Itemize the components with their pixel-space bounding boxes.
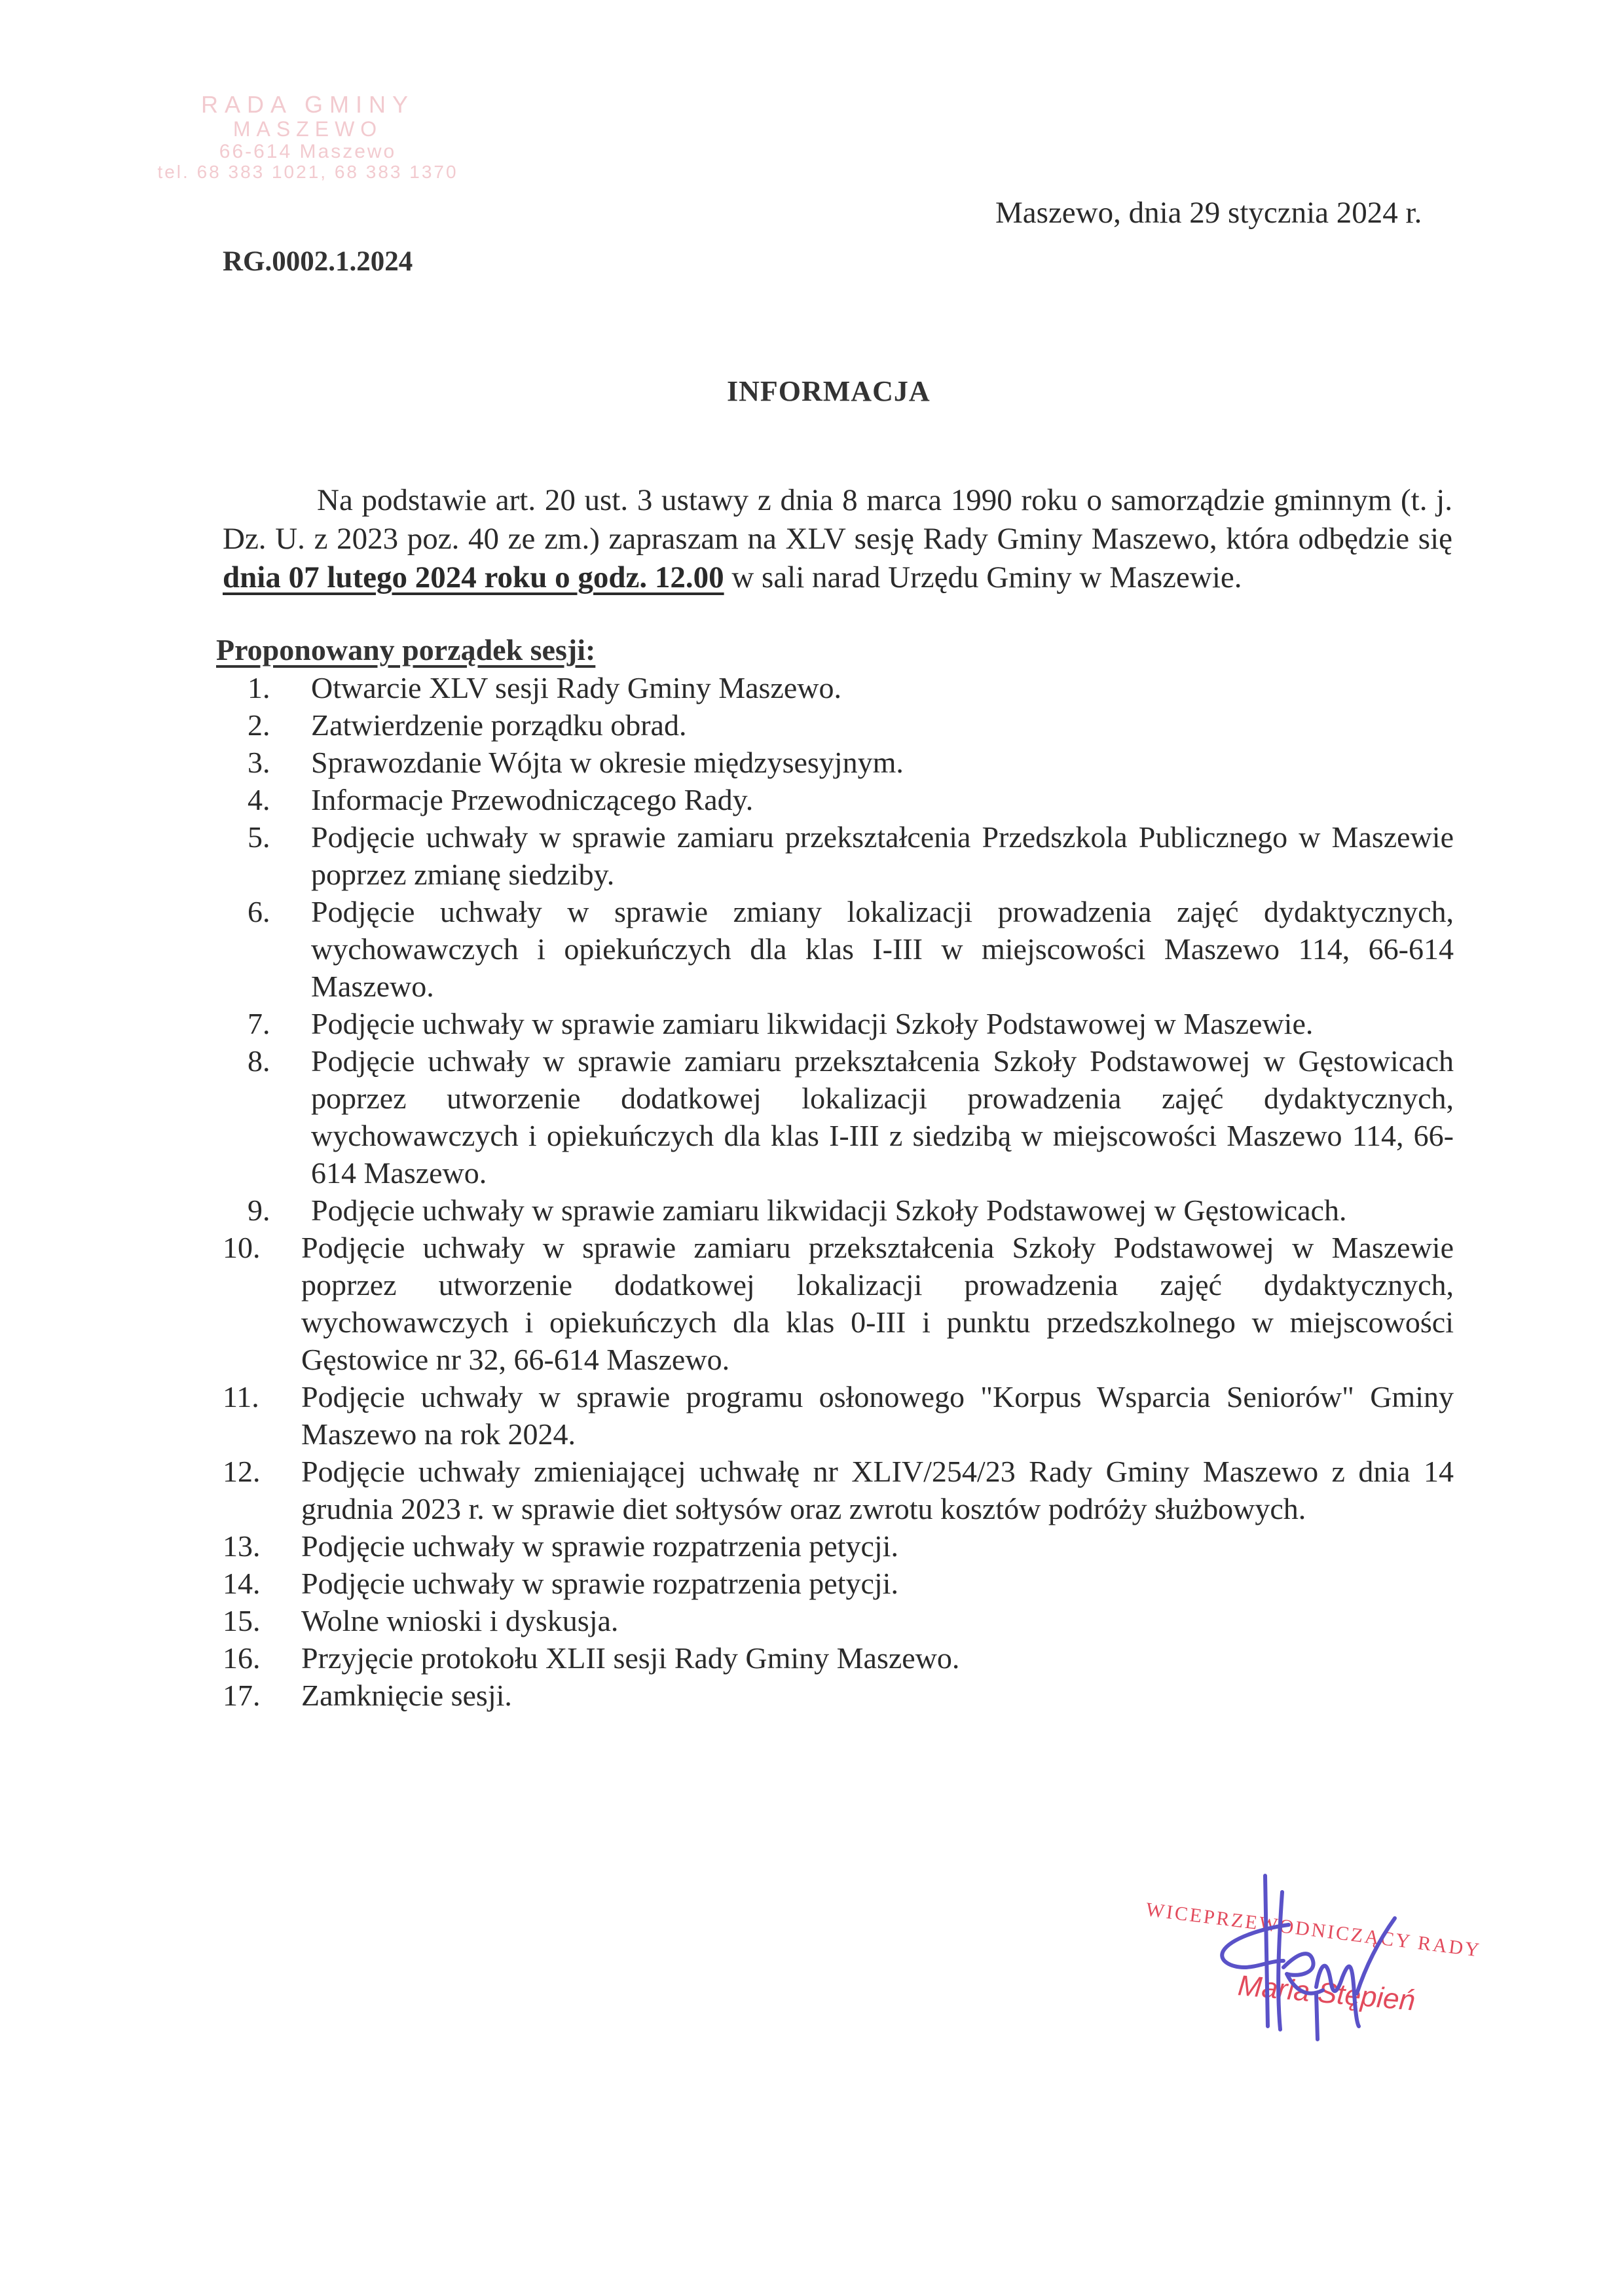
agenda-item: 13.Podjęcie uchwały w sprawie rozpatrzen… (223, 1527, 1454, 1565)
agenda-item-text: Podjęcie uchwały zmieniającej uchwałę nr… (301, 1455, 1454, 1525)
agenda-item-number: 12. (223, 1453, 261, 1490)
document-page: RADA GMINY MASZEWO 66-614 Maszewo tel. 6… (0, 0, 1624, 2296)
agenda-item: 14.Podjęcie uchwały w sprawie rozpatrzen… (223, 1565, 1454, 1602)
agenda-item-text: Podjęcie uchwały w sprawie zamiaru przek… (311, 1044, 1454, 1190)
agenda-item-number: 10. (223, 1229, 261, 1266)
agenda-item-number: 6. (248, 893, 270, 930)
agenda-item-text: Podjęcie uchwały w sprawie programu osło… (301, 1380, 1454, 1451)
agenda-item-number: 16. (223, 1639, 261, 1677)
agenda-item: 12.Podjęcie uchwały zmieniającej uchwałę… (223, 1453, 1454, 1527)
agenda-item-number: 5. (248, 818, 270, 856)
agenda-item: 8.Podjęcie uchwały w sprawie zamiaru prz… (223, 1042, 1454, 1192)
handwritten-signature-icon (1205, 1863, 1414, 2059)
agenda-item: 2.Zatwierdzenie porządku obrad. (223, 706, 1454, 744)
agenda-item-text: Podjęcie uchwały w sprawie zamiaru likwi… (311, 1194, 1346, 1227)
agenda-item: 10.Podjęcie uchwały w sprawie zamiaru pr… (223, 1229, 1454, 1378)
agenda-item-text: Wolne wnioski i dyskusja. (301, 1604, 618, 1637)
agenda-item-number: 1. (248, 669, 270, 706)
agenda-item-text: Podjęcie uchwały w sprawie zmiany lokali… (311, 895, 1454, 1003)
agenda-item: 9.Podjęcie uchwały w sprawie zamiaru lik… (223, 1192, 1454, 1229)
agenda-item-number: 15. (223, 1602, 261, 1639)
stamp-line: tel. 68 383 1021, 68 383 1370 (151, 162, 465, 183)
council-stamp: RADA GMINY MASZEWO 66-614 Maszewo tel. 6… (151, 92, 465, 183)
agenda-item: 1.Otwarcie XLV sesji Rady Gminy Maszewo. (223, 669, 1454, 706)
agenda-item: 5.Podjęcie uchwały w sprawie zamiaru prz… (223, 818, 1454, 893)
agenda-item-number: 13. (223, 1527, 261, 1565)
agenda-item-number: 7. (248, 1005, 270, 1042)
agenda-item-number: 9. (248, 1192, 270, 1229)
intro-paragraph: Na podstawie art. 20 ust. 3 ustawy z dni… (223, 481, 1452, 597)
agenda-item: 11.Podjęcie uchwały w sprawie programu o… (223, 1378, 1454, 1453)
agenda-item-text: Sprawozdanie Wójta w okresie międzysesyj… (311, 746, 904, 779)
agenda-item-text: Podjęcie uchwały w sprawie zamiaru przek… (311, 820, 1454, 891)
agenda-item-text: Zatwierdzenie porządku obrad. (311, 708, 686, 742)
agenda-item: 15.Wolne wnioski i dyskusja. (223, 1602, 1454, 1639)
agenda-item-number: 8. (248, 1042, 270, 1080)
agenda-item-text: Podjęcie uchwały w sprawie zamiaru likwi… (311, 1007, 1313, 1040)
stamp-line: MASZEWO (151, 118, 465, 141)
stamp-line: 66-614 Maszewo (151, 141, 465, 162)
agenda-item-number: 11. (223, 1378, 259, 1415)
agenda-item-text: Przyjęcie protokołu XLII sesji Rady Gmin… (301, 1641, 959, 1675)
intro-text-end: w sali narad Urzędu Gminy w Maszewie. (724, 560, 1242, 594)
session-date-time: dnia 07 lutego 2024 roku o godz. 12.00 (223, 560, 724, 594)
agenda-item: 17.Zamknięcie sesji. (223, 1677, 1454, 1714)
place-and-date: Maszewo, dnia 29 stycznia 2024 r. (995, 195, 1422, 230)
stamp-line: RADA GMINY (151, 92, 465, 118)
agenda-item-text: Otwarcie XLV sesji Rady Gminy Maszewo. (311, 671, 841, 704)
document-title: INFORMACJA (727, 374, 931, 408)
signature-block: WICEPRZEWODNICZĄCY RADY Maria Stępień (1139, 1899, 1506, 2049)
intro-text: Na podstawie art. 20 ust. 3 ustawy z dni… (223, 483, 1452, 556)
agenda-item-number: 2. (248, 706, 270, 744)
agenda-item-text: Podjęcie uchwały w sprawie rozpatrzenia … (301, 1567, 898, 1600)
agenda-item: 7.Podjęcie uchwały w sprawie zamiaru lik… (223, 1005, 1454, 1042)
agenda-item-number: 3. (248, 744, 270, 781)
agenda-heading: Proponowany porządek sesji: (216, 632, 595, 667)
agenda-item-text: Zamknięcie sesji. (301, 1679, 512, 1712)
agenda-item: 4.Informacje Przewodniczącego Rady. (223, 781, 1454, 818)
agenda-item: 16.Przyjęcie protokołu XLII sesji Rady G… (223, 1639, 1454, 1677)
agenda-item-number: 17. (223, 1677, 261, 1714)
reference-number: RG.0002.1.2024 (223, 246, 413, 278)
agenda-item-number: 14. (223, 1565, 261, 1602)
agenda-item-text: Podjęcie uchwały w sprawie zamiaru przek… (301, 1231, 1454, 1376)
agenda-list: 1.Otwarcie XLV sesji Rady Gminy Maszewo.… (223, 669, 1454, 1714)
agenda-item: 6.Podjęcie uchwały w sprawie zmiany loka… (223, 893, 1454, 1005)
agenda-item: 3.Sprawozdanie Wójta w okresie międzyses… (223, 744, 1454, 781)
agenda-item-text: Informacje Przewodniczącego Rady. (311, 783, 753, 816)
agenda-item-text: Podjęcie uchwały w sprawie rozpatrzenia … (301, 1529, 898, 1563)
agenda-item-number: 4. (248, 781, 270, 818)
